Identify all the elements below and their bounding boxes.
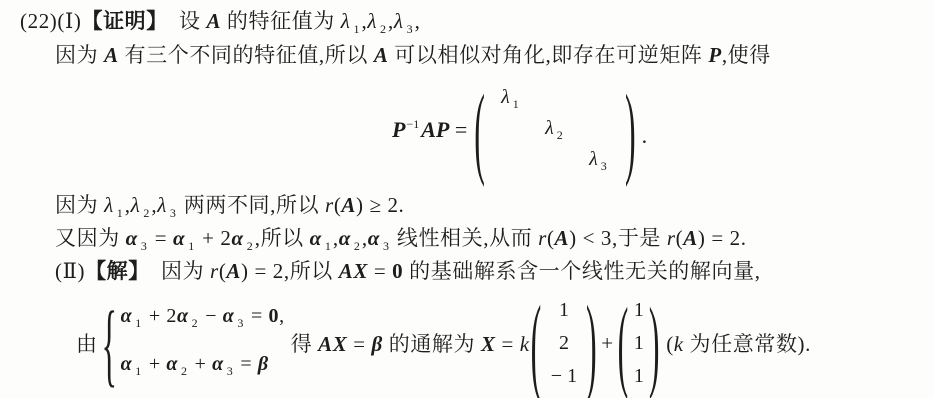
text-segment: 因为	[139, 259, 210, 283]
text-segment: β	[372, 332, 383, 356]
text-segment: A	[226, 259, 241, 283]
text-segment: λ	[104, 193, 114, 217]
text-segment: 3	[170, 206, 176, 220]
text-segment: X	[481, 332, 496, 356]
text-segment: 1	[117, 206, 123, 220]
text-segment: λ	[131, 193, 141, 217]
text-segment: =	[245, 305, 268, 327]
display-equation: P−1AP = ( λ1λ2λ3 ) .	[392, 78, 647, 182]
text-segment: α	[173, 226, 185, 250]
solution-vector-2: 111	[630, 294, 648, 393]
text-segment: +	[189, 353, 212, 375]
text-segment: ,	[279, 305, 285, 327]
general-solution-row: 由 { α1 + 2α2 − α3 = 0, α1 + α2 + α3 = β …	[76, 290, 811, 396]
text-segment: k	[674, 332, 684, 356]
text-segment: α	[232, 226, 244, 250]
text-segment: 1	[325, 239, 331, 253]
text-segment: + 2	[143, 305, 177, 327]
text-segment: (22)(Ⅰ)	[20, 9, 81, 33]
text-segment: 0	[268, 305, 279, 327]
text-segment: λ	[341, 9, 351, 33]
equation-period: .	[642, 123, 648, 149]
text-segment: (	[666, 332, 674, 356]
text-segment: 的通解为	[383, 332, 481, 356]
text-segment: 2	[192, 316, 198, 330]
text-segment: A	[374, 43, 389, 67]
vector-entry: 1	[630, 327, 648, 360]
text-segment: 因为	[55, 43, 104, 67]
text-segment: 可以相似对角化,即存在可逆矩阵	[388, 43, 708, 67]
text-segment: 设	[157, 9, 206, 33]
text-segment: AP	[421, 117, 449, 142]
text-segment: +	[143, 353, 166, 375]
text-segment: 因为	[55, 193, 104, 217]
system-left-brace: {	[102, 297, 118, 390]
text-segment: AX	[339, 259, 368, 283]
text-segment: 3	[141, 239, 147, 253]
vector2-close-paren: )	[649, 292, 660, 394]
line-part1-proof-header: (22)(Ⅰ)【证明】 设 A 的特征值为 λ1,λ2,λ3,	[20, 8, 420, 42]
line-part2-solution-header: (Ⅱ)【解】 因为 r(A) = 2,所以 AX = 0 的基础解系含一个线性无…	[55, 258, 761, 284]
vector1-open-paren: (	[531, 289, 542, 398]
line-rank-eq-2: 又因为 α3 = α1 + 2α2,所以 α1,α2,α3 线性相关,从而 r(…	[55, 225, 747, 259]
vector2-open-paren: (	[618, 292, 629, 394]
vector-entry: 1	[630, 294, 648, 327]
text-segment: k	[520, 332, 530, 356]
text-segment: P	[392, 117, 405, 142]
equation-system: α1 + 2α2 − α3 = 0, α1 + α2 + α3 = β	[121, 304, 285, 383]
text-segment: 1	[135, 364, 141, 378]
matrix-cell: λ2	[533, 117, 577, 143]
text-segment: 2	[354, 239, 360, 253]
equation-lhs: P−1AP =	[392, 117, 467, 143]
constant-note: (k 为任意常数).	[666, 328, 811, 358]
text-segment: 的特征值为	[221, 9, 341, 33]
vector-entry: − 1	[543, 360, 585, 393]
plus-operator: +	[601, 331, 613, 356]
text-segment: P	[708, 43, 721, 67]
text-segment: ) = 2,所以	[241, 259, 339, 283]
text-segment: 的基础解系含一个线性无关的解向量,	[403, 259, 760, 283]
text-segment: β	[258, 353, 269, 375]
lead-char: 由	[76, 328, 98, 358]
text-segment: r	[538, 226, 547, 250]
text-segment: 又因为	[55, 226, 126, 250]
text-segment: ) = 2.	[698, 226, 747, 250]
matrix-open-paren: (	[474, 79, 485, 181]
text-segment: λ	[394, 9, 404, 33]
text-segment: 【解】	[85, 259, 139, 283]
text-segment: 2	[181, 364, 187, 378]
text-segment: α	[126, 226, 138, 250]
system-equation-2: α1 + α2 + α3 = β	[121, 352, 285, 383]
text-segment: r	[325, 193, 334, 217]
line-diagonalizable: 因为 A 有三个不同的特征值,所以 A 可以相似对角化,即存在可逆矩阵 P,使得	[55, 42, 771, 68]
text-segment: α	[339, 226, 351, 250]
text-segment: 2	[380, 22, 386, 36]
text-segment: 有三个不同的特征值,所以	[119, 43, 374, 67]
text-segment: =	[449, 117, 467, 142]
text-segment: 0	[392, 259, 403, 283]
text-segment: 两两不同,所以	[178, 193, 325, 217]
diag-matrix-grid: λ1λ2λ3	[489, 84, 621, 177]
text-segment: α	[212, 353, 224, 375]
text-segment: 3	[383, 239, 389, 253]
text-segment: α	[121, 353, 133, 375]
text-segment: −1	[406, 117, 419, 131]
text-segment: + 2	[196, 226, 231, 250]
vector-entry: 1	[630, 360, 648, 393]
text-segment: (Ⅱ)	[55, 259, 85, 283]
text-segment: r	[667, 226, 676, 250]
system-equation-1: α1 + 2α2 − α3 = 0,	[121, 304, 285, 335]
text-segment: ,	[415, 9, 421, 33]
text-segment: =	[149, 226, 173, 250]
vector-entry: 1	[543, 294, 585, 327]
text-segment: =	[347, 332, 371, 356]
document-page: (22)(Ⅰ)【证明】 设 A 的特征值为 λ1,λ2,λ3, 因为 A 有三个…	[0, 0, 934, 398]
text-segment: 3	[227, 364, 233, 378]
text-segment: α	[223, 305, 235, 327]
text-segment: ) ≥ 2.	[356, 193, 404, 217]
text-segment: 线性相关,从而	[391, 226, 538, 250]
text-segment: A	[104, 43, 119, 67]
general-solution-text: 得 AX = β 的通解为 X = k	[291, 328, 530, 358]
matrix-cell: λ3	[577, 148, 621, 174]
text-segment: 得	[291, 332, 318, 356]
text-segment: AX	[318, 332, 347, 356]
line-rank-ge-2: 因为 λ1,λ2,λ3 两两不同,所以 r(A) ≥ 2.	[55, 192, 404, 226]
text-segment: ) < 3,于是	[569, 226, 667, 250]
text-segment: α	[166, 353, 178, 375]
text-segment: λ	[157, 193, 167, 217]
text-segment: (	[547, 226, 555, 250]
text-segment: 1	[135, 316, 141, 330]
text-segment: 1	[353, 22, 359, 36]
text-segment: α	[310, 226, 322, 250]
text-segment: 3	[407, 22, 413, 36]
text-segment: λ	[367, 9, 377, 33]
vector1-close-paren: )	[586, 289, 597, 398]
text-segment: 3	[237, 316, 243, 330]
text-segment: ,使得	[722, 43, 771, 67]
text-segment: r	[210, 259, 219, 283]
solution-vector-1: 12− 1	[543, 294, 585, 393]
text-segment: A	[341, 193, 356, 217]
text-segment: A	[206, 9, 221, 33]
text-segment: =	[368, 259, 392, 283]
text-segment: 2	[247, 239, 253, 253]
matrix-close-paren: )	[625, 79, 636, 181]
text-segment: α	[121, 305, 133, 327]
text-segment: 2	[143, 206, 149, 220]
text-segment: =	[235, 353, 258, 375]
text-segment: −	[200, 305, 223, 327]
text-segment: 1	[188, 239, 194, 253]
text-segment: =	[496, 332, 520, 356]
text-segment: A	[555, 226, 570, 250]
text-segment: α	[368, 226, 380, 250]
text-segment: A	[683, 226, 698, 250]
text-segment: ,所以	[255, 226, 310, 250]
matrix-cell: λ1	[489, 86, 533, 112]
text-segment: α	[177, 305, 189, 327]
text-segment: 为任意常数).	[684, 332, 811, 356]
text-segment: 【证明】	[81, 9, 157, 33]
vector-entry: 2	[543, 327, 585, 360]
